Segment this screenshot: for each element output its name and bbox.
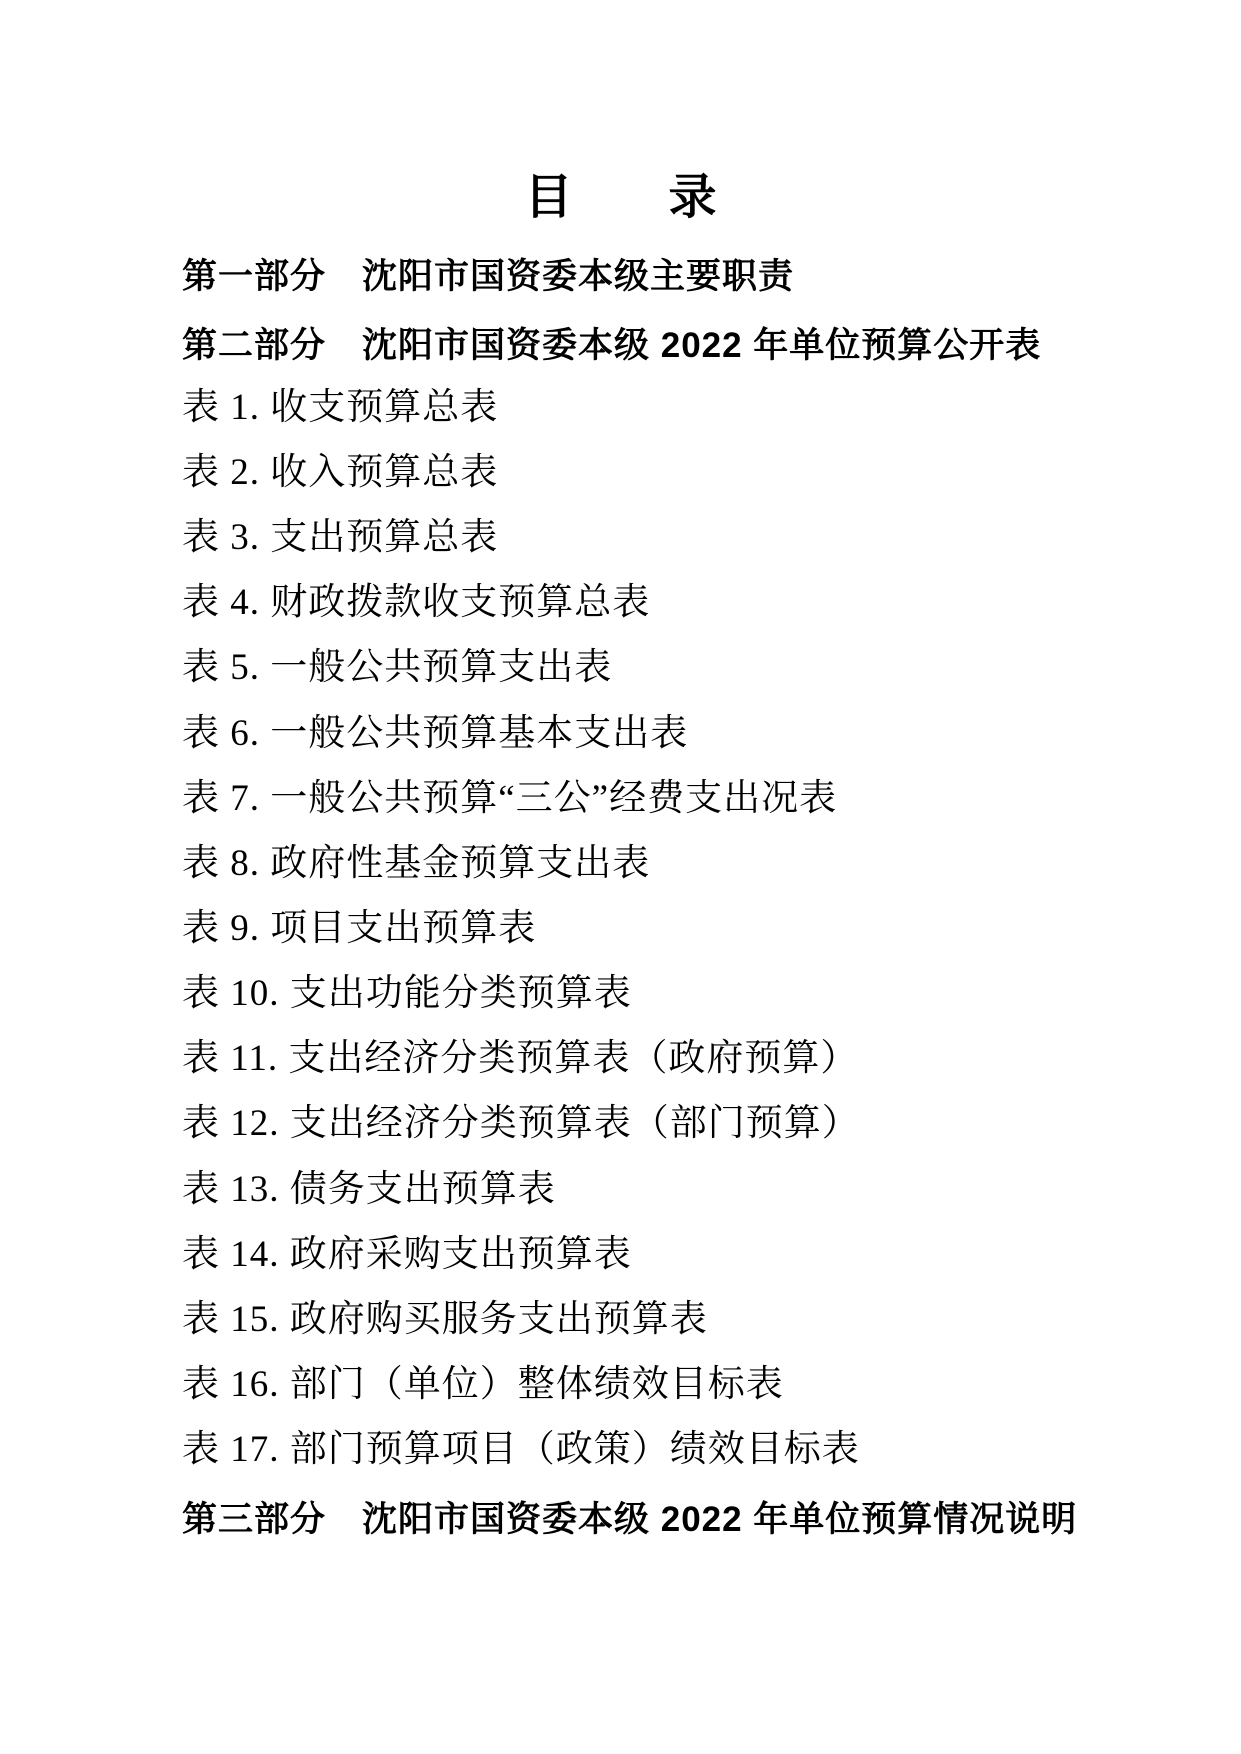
toc-table-11: 表 11. 支出经济分类预算表（政府预算） bbox=[182, 1034, 858, 1084]
toc-table-17: 表 17. 部门预算项目（政策）绩效目标表 bbox=[182, 1425, 860, 1475]
table-of-contents: 第一部分 沈阳市国资委本级主要职责 第二部分 沈阳市国资委本级 2022 年单位… bbox=[182, 0, 1241, 1754]
toc-table-5: 表 5. 一般公共预算支出表 bbox=[182, 643, 612, 693]
toc-section-2: 第二部分 沈阳市国资委本级 2022 年单位预算公开表 bbox=[182, 321, 1041, 371]
toc-table-12: 表 12. 支出经济分类预算表（部门预算） bbox=[182, 1099, 860, 1149]
toc-table-7: 表 7. 一般公共预算“三公”经费支出况表 bbox=[182, 774, 837, 824]
toc-table-2: 表 2. 收入预算总表 bbox=[182, 448, 498, 498]
toc-table-8: 表 8. 政府性基金预算支出表 bbox=[182, 839, 650, 889]
toc-table-4: 表 4. 财政拨款收支预算总表 bbox=[182, 578, 650, 628]
toc-table-6: 表 6. 一般公共预算基本支出表 bbox=[182, 709, 688, 759]
toc-table-13: 表 13. 债务支出预算表 bbox=[182, 1165, 556, 1215]
document-page: 目 录 第一部分 沈阳市国资委本级主要职责 第二部分 沈阳市国资委本级 2022… bbox=[0, 0, 1241, 1754]
toc-table-10: 表 10. 支出功能分类预算表 bbox=[182, 969, 632, 1019]
toc-table-14: 表 14. 政府采购支出预算表 bbox=[182, 1230, 632, 1280]
toc-section-3: 第三部分 沈阳市国资委本级 2022 年单位预算情况说明 bbox=[182, 1495, 1077, 1545]
toc-section-1: 第一部分 沈阳市国资委本级主要职责 bbox=[182, 252, 794, 302]
toc-table-15: 表 15. 政府购买服务支出预算表 bbox=[182, 1295, 708, 1345]
toc-table-3: 表 3. 支出预算总表 bbox=[182, 513, 498, 563]
toc-table-16: 表 16. 部门（单位）整体绩效目标表 bbox=[182, 1360, 784, 1410]
toc-table-9: 表 9. 项目支出预算表 bbox=[182, 904, 536, 954]
toc-table-1: 表 1. 收支预算总表 bbox=[182, 383, 498, 433]
